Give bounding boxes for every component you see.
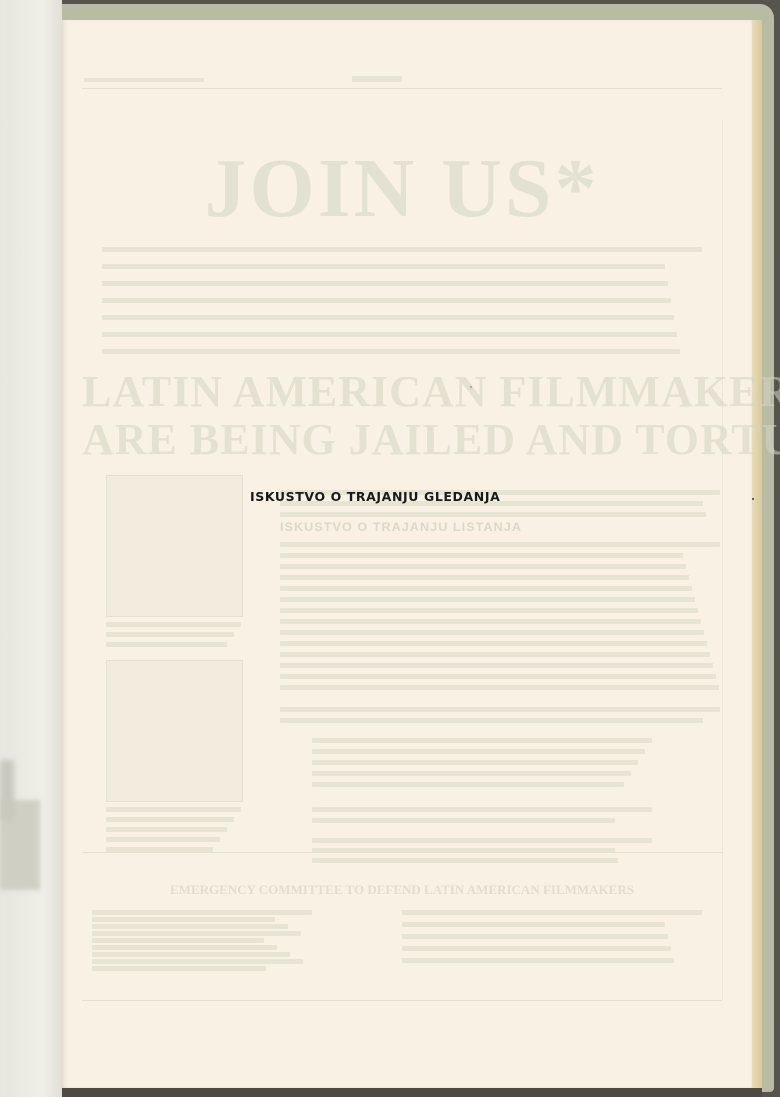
show-through-line	[280, 619, 701, 624]
page-edge-strip	[752, 20, 762, 1090]
right-margin-rule	[722, 120, 723, 1000]
show-through-line	[280, 707, 720, 712]
show-through-line	[280, 575, 689, 580]
facing-page-smudge	[0, 800, 40, 890]
show-through-line	[102, 247, 702, 252]
show-through-line	[92, 938, 264, 943]
show-through-line	[92, 931, 301, 936]
show-through-banner-line-2: ARE BEING JAILED AND TORTURED	[82, 414, 722, 465]
show-through-line	[312, 858, 618, 863]
show-through-line	[92, 910, 312, 915]
show-through-line	[280, 718, 703, 723]
sheet-bottom-edge	[62, 1088, 762, 1097]
show-through-banner-line-1: LATIN AMERICAN FILMMAKERS	[82, 366, 722, 417]
show-through-line	[402, 910, 702, 915]
show-through-line	[280, 542, 720, 547]
show-through-line	[106, 642, 227, 647]
show-through-footer-heading: EMERGENCY COMMITTEE TO DEFEND LATIN AMER…	[102, 882, 702, 898]
show-through-line	[280, 663, 713, 668]
footer-rule	[82, 852, 722, 853]
show-through-line	[312, 782, 624, 787]
show-through-mirrored-heading: ISKUSTVO O TRAJANJU LISTANJA	[280, 520, 522, 534]
show-through-line	[92, 966, 266, 971]
show-through-line	[312, 760, 638, 765]
show-through-line	[92, 959, 303, 964]
show-through-line	[102, 264, 665, 269]
document-heading: ISKUSTVO O TRAJANJU GLEDANJA	[250, 489, 500, 504]
show-through-line	[92, 952, 290, 957]
show-through-line	[312, 738, 652, 743]
show-through-line	[312, 749, 645, 754]
show-through-line	[312, 838, 652, 843]
show-through-line	[106, 817, 234, 822]
show-through-line	[102, 332, 677, 337]
show-through-line	[280, 564, 686, 569]
show-through-line	[280, 685, 719, 690]
show-through-line	[92, 917, 275, 922]
show-through-image-box-1	[106, 475, 243, 617]
show-through-line	[280, 630, 704, 635]
show-through-line	[92, 924, 288, 929]
show-through-image-box-2	[106, 660, 243, 802]
show-through-line	[102, 315, 674, 320]
show-through-line	[92, 945, 277, 950]
show-through-line	[102, 298, 671, 303]
show-through-line	[402, 958, 674, 963]
show-through-title: JOIN US*	[202, 140, 602, 237]
show-through-line	[312, 771, 631, 776]
show-through-line	[280, 512, 706, 517]
show-through-line	[402, 946, 671, 951]
show-through-line	[280, 674, 716, 679]
show-through-line	[106, 807, 241, 812]
show-through-line	[312, 807, 652, 812]
facing-page-left	[0, 0, 62, 1097]
show-through-header-center	[352, 76, 402, 82]
show-through-header-left	[84, 78, 204, 82]
header-rule	[82, 88, 722, 89]
show-through-line	[102, 349, 680, 354]
show-through-line	[280, 652, 710, 657]
show-through-line	[106, 827, 227, 832]
bottom-rule	[82, 1000, 722, 1001]
show-through-line	[106, 632, 234, 637]
ink-speck	[470, 386, 472, 388]
ink-speck	[752, 498, 754, 500]
document-page: JOIN US* LATIN AMERICAN FILMMAKERS ARE B…	[62, 20, 752, 1090]
show-through-line	[280, 553, 683, 558]
show-through-line	[280, 608, 698, 613]
show-through-line	[280, 586, 692, 591]
show-through-line	[402, 922, 665, 927]
show-through-line	[402, 934, 668, 939]
show-through-line	[106, 837, 220, 842]
show-through-line	[312, 818, 615, 823]
show-through-line	[102, 281, 668, 286]
show-through-line	[280, 597, 695, 602]
show-through-line	[280, 641, 707, 646]
show-through-line	[106, 622, 241, 627]
